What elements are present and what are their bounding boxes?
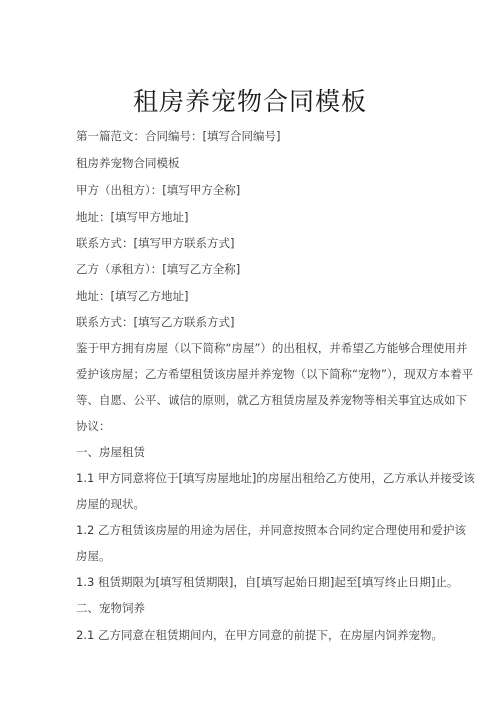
- clause-1-2-line-1: 1.2 乙方租赁该房屋的用途为居住，并同意按照本合同约定合理使用和爱护该: [76, 523, 466, 537]
- party-a-contact-line: 联系方式：[填写甲方联系方式]: [76, 236, 234, 250]
- preamble-line-3: 等、自愿、公平、诚信的原则，就乙方租赁房屋及养宠物等相关事宜达成如下: [76, 393, 467, 407]
- party-b-contact-line: 联系方式：[填写乙方联系方式]: [76, 315, 234, 329]
- clause-1-1-line-2: 房屋的现状。: [76, 497, 145, 511]
- clause-1-1-line-1: 1.1 甲方同意将位于[填写房屋地址]的房屋出租给乙方使用，乙方承认并接受该: [76, 471, 475, 485]
- subtitle-line: 租房养宠物合同模板: [76, 156, 180, 170]
- document-page: 租房养宠物合同模板 第一篇范文：合同编号：[填写合同编号] 租房养宠物合同模板 …: [0, 0, 500, 707]
- clause-1-3: 1.3 租赁期限为[填写租赁期限]，自[填写起始日期]起至[填写终止日期]止。: [76, 575, 458, 589]
- document-title: 租房养宠物合同模板: [0, 82, 500, 118]
- party-b-address-line: 地址：[填写乙方地址]: [76, 289, 188, 303]
- clause-2-1: 2.1 乙方同意在租赁期间内，在甲方同意的前提下，在房屋内饲养宠物。: [76, 628, 443, 642]
- preamble-line-1: 鉴于甲方拥有房屋（以下简称“房屋”）的出租权，并希望乙方能够合理使用并: [76, 341, 467, 355]
- section-2-heading: 二、宠物饲养: [76, 601, 145, 615]
- section-1-heading: 一、房屋租赁: [76, 445, 145, 459]
- party-a-name-line: 甲方（出租方）：[填写甲方全称]: [76, 183, 240, 197]
- clause-1-2-line-2: 房屋。: [76, 549, 111, 563]
- preamble-line-4: 协议：: [76, 419, 111, 433]
- party-b-name-line: 乙方（承租方）：[填写乙方全称]: [76, 262, 240, 276]
- party-a-address-line: 地址：[填写甲方地址]: [76, 210, 188, 224]
- contract-number-line: 第一篇范文：合同编号：[填写合同编号]: [76, 129, 280, 143]
- preamble-line-2: 爱护该房屋；乙方希望租赁该房屋并养宠物（以下简称“宠物”），现双方本着平: [76, 367, 473, 381]
